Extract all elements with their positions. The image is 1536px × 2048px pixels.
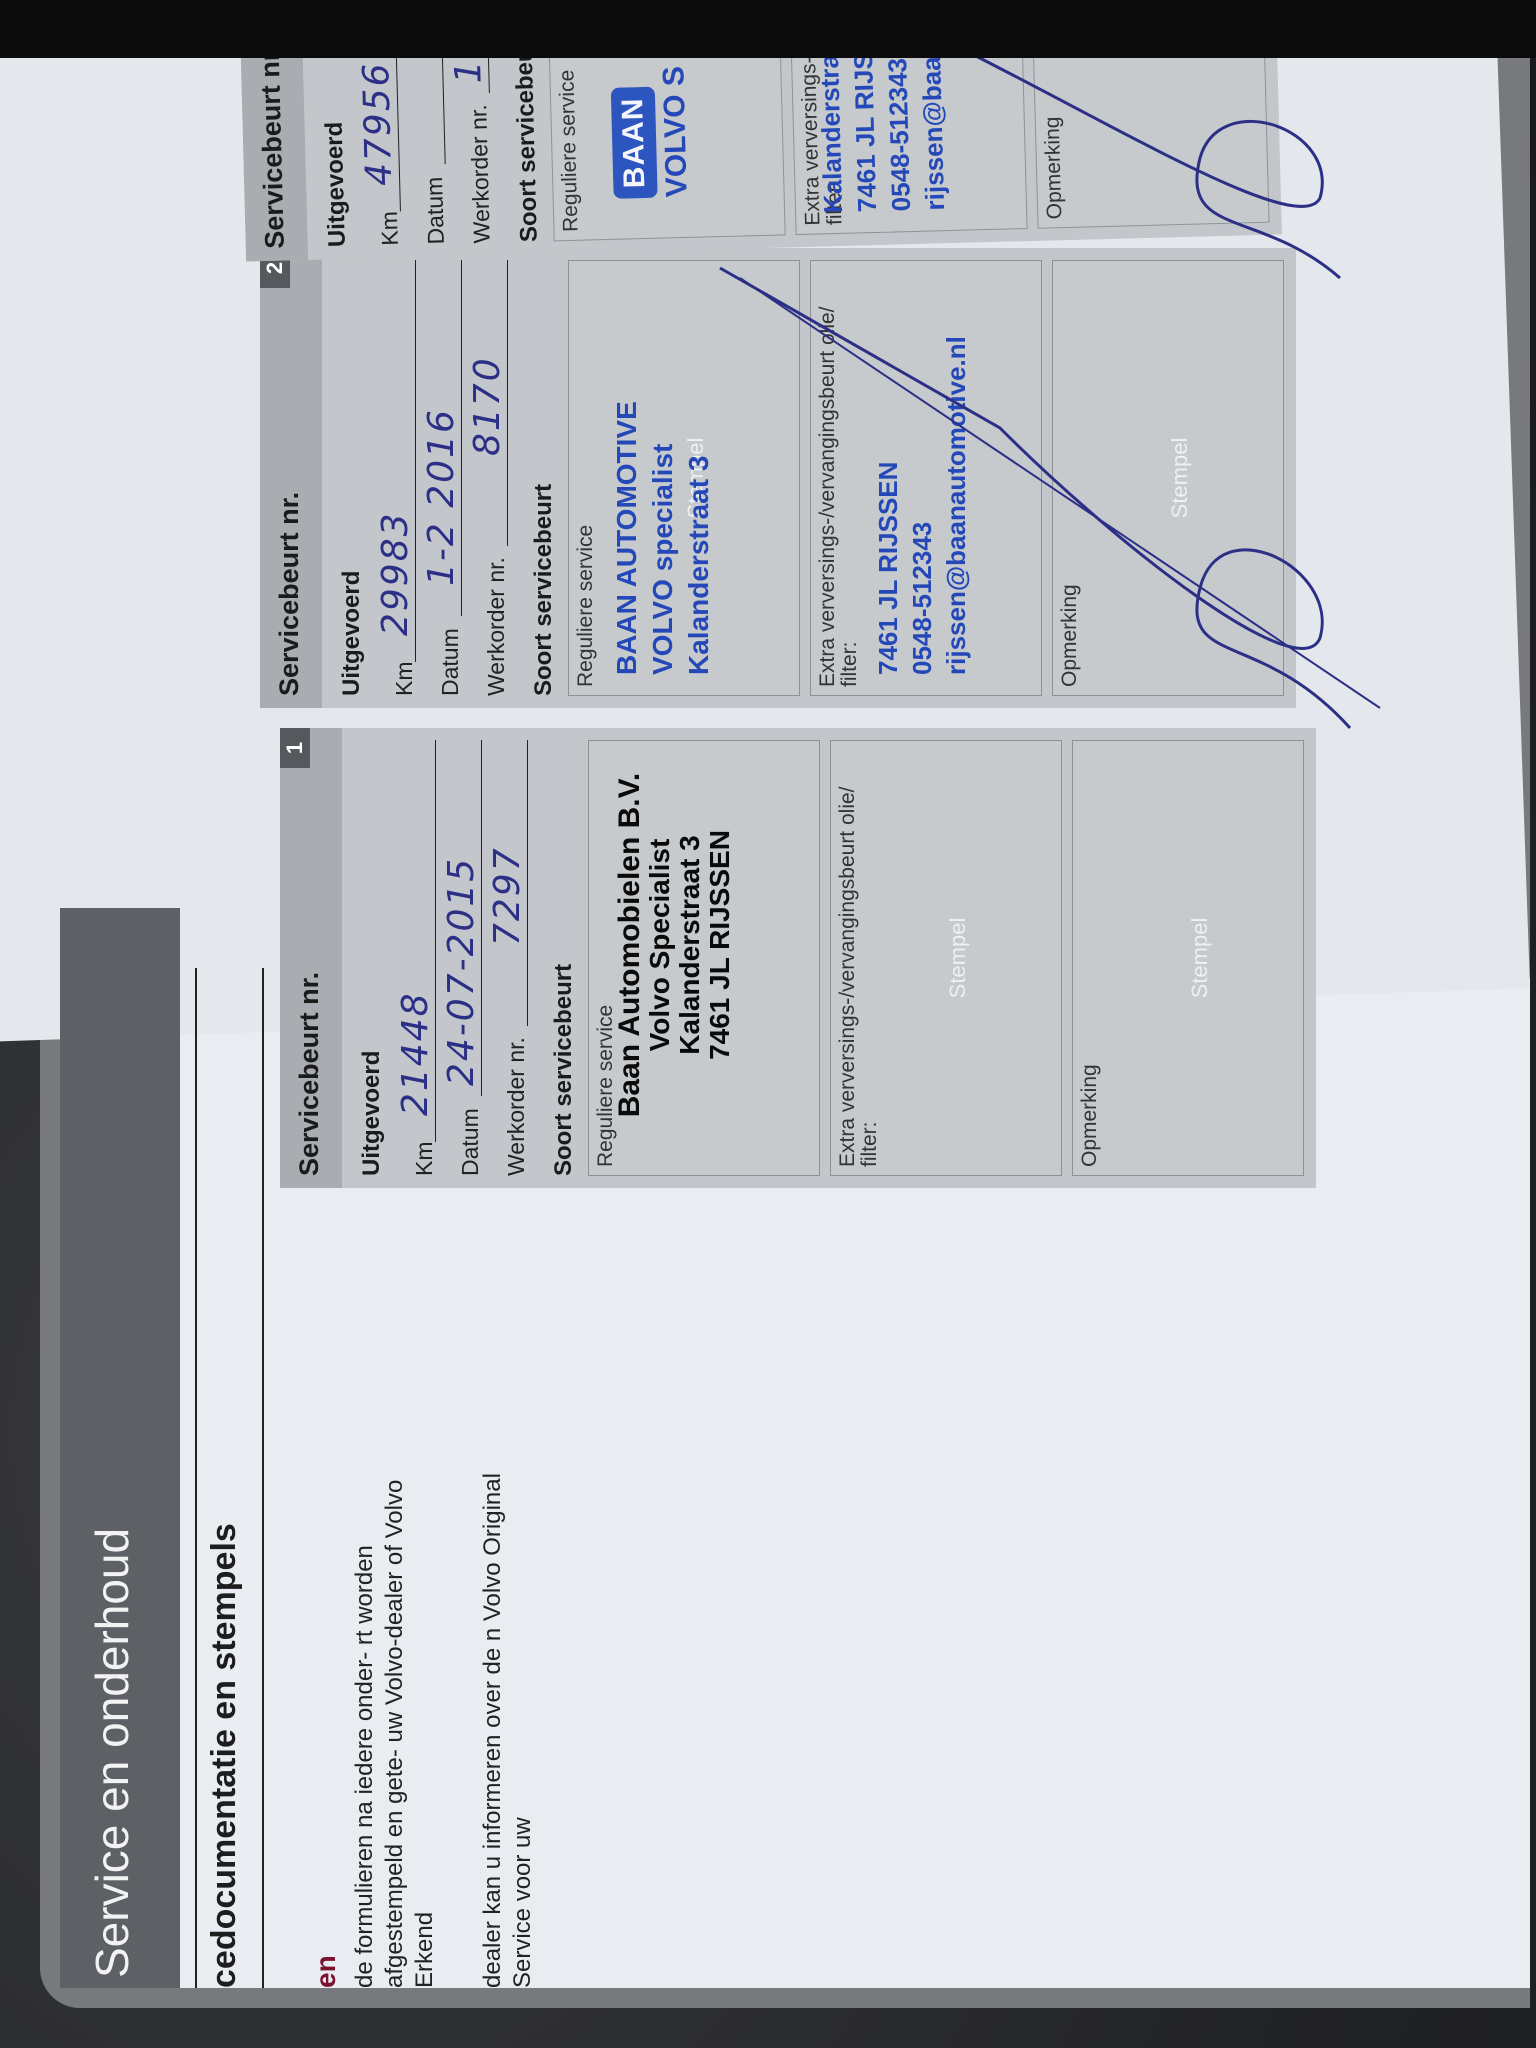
dealer-stamp-blue: BAAN VOLVO S	[610, 66, 697, 199]
stamp-line: 7461 JL RIJSSEN	[871, 336, 905, 675]
divider	[195, 968, 197, 1988]
card-header: Servicebeurt nr. 2	[260, 248, 322, 708]
background-edge	[0, 0, 1536, 58]
service-card-2: Servicebeurt nr. 2 Uitgevoerd Km 29983 D…	[260, 248, 1296, 708]
stamp-line: 7461 JL RIJSSEN	[705, 745, 735, 1145]
opmerking-label: Opmerking	[1079, 1064, 1101, 1167]
intro-paragraph: dealer kan u informeren over de n Volvo …	[478, 1468, 538, 1988]
werkorder-field: Werkorder nr. 7297	[490, 740, 536, 1176]
card-header: Servicebeurt nr. 1	[280, 728, 342, 1188]
reguliere-label: Reguliere service	[575, 525, 597, 687]
datum-value: 1-2 2016	[421, 408, 462, 586]
km-field: Km 21448	[398, 740, 444, 1176]
datum-label: Datum	[457, 1108, 484, 1176]
werkorder-label: Werkorder nr.	[465, 104, 496, 244]
reguliere-service-box: Reguliere service Stempel BAAN AUTOMOTIV…	[568, 260, 800, 696]
werkorder-label: Werkorder nr.	[503, 1037, 530, 1176]
uitgevoerd-label: Uitgevoerd	[358, 740, 386, 1176]
servicebeurt-label: Servicebeurt nr.	[274, 492, 305, 696]
booklet-photo: Service en onderhoud cedocumentatie en s…	[0, 0, 1536, 2048]
werkorder-field: Werkorder nr. 8170	[470, 260, 516, 696]
divider	[262, 968, 264, 1988]
card-body: Uitgevoerd Km 29983 Datum 1-2 2016 Werko…	[322, 248, 1296, 708]
werkorder-value: 7297	[487, 846, 528, 946]
opmerking-box: Opmerking Stempel	[1072, 740, 1304, 1176]
stamp-line: 0548-512343	[905, 336, 939, 675]
section-title: Service en onderhoud	[85, 1528, 139, 1978]
km-label: Km	[411, 1142, 438, 1177]
page-subtitle: cedocumentatie en stempels	[205, 1523, 244, 1988]
extra-service-box: Extra verversings-/vervangingsbeurt olie…	[810, 260, 1042, 696]
stamp-line: VOLVO specialist	[645, 401, 681, 675]
opmerking-label: Opmerking	[1059, 584, 1081, 687]
reguliere-service-box: Reguliere service Baan Automobielen B.V.…	[588, 740, 820, 1176]
dealer-stamp: Baan Automobielen B.V. Volvo Specialist …	[615, 745, 735, 1145]
opmerking-label: Opmerking	[1042, 116, 1067, 219]
stempel-placeholder: Stempel	[945, 918, 971, 999]
dealer-stamp-blue-cont: 7461 JL RIJSSEN 0548-512343 rijssen@baan…	[871, 336, 973, 675]
stamp-line: Baan Automobielen B.V.	[615, 745, 645, 1145]
intro-text: de formulieren na iedere onder- rt worde…	[350, 1468, 576, 1988]
datum-label: Datum	[421, 176, 450, 244]
stempel-placeholder: Stempel	[1187, 918, 1213, 999]
soort-label: Soort servicebeurt	[550, 740, 578, 1176]
datum-field: Datum 1-2 2016	[424, 260, 470, 696]
stamp-line: Volvo Specialist	[645, 745, 675, 1145]
servicebeurt-label: Servicebeurt nr.	[255, 44, 291, 249]
intro-paragraph: de formulieren na iedere onder- rt worde…	[350, 1468, 440, 1988]
extra-label: Extra verversings-/vervangingsbeurt olie…	[837, 741, 881, 1167]
stamp-line: Kalanderstraat 3	[681, 401, 717, 675]
card-body: Uitgevoerd Km 21448 Datum 24-07-2015 Wer…	[342, 728, 1316, 1188]
stamp-line: VOLVO S	[654, 66, 697, 198]
uitgevoerd-label: Uitgevoerd	[338, 260, 366, 696]
soort-label: Soort servicebeurt	[530, 260, 558, 696]
stempel-placeholder: Stempel	[1167, 438, 1193, 519]
baan-logo: BAAN	[611, 87, 658, 199]
intro-heading: en	[310, 1955, 342, 1988]
stamp-line: rijssen@baanautomotive.nl	[939, 336, 973, 675]
km-value: 21448	[395, 991, 436, 1116]
km-field: Km 29983	[378, 260, 424, 696]
datum-value: 24-07-2015	[441, 857, 482, 1086]
dealer-stamp-blue: BAAN AUTOMOTIVE VOLVO specialist Kalande…	[609, 401, 717, 675]
extra-label: Extra verversings-/vervangingsbeurt olie…	[817, 261, 861, 687]
werkorder-label: Werkorder nr.	[483, 557, 510, 696]
km-label: Km	[376, 211, 404, 246]
km-label: Km	[391, 662, 418, 697]
service-number-badge: 1	[280, 728, 310, 768]
km-value: 29983	[375, 511, 416, 636]
werkorder-value: 8170	[467, 356, 508, 456]
service-card-1: Servicebeurt nr. 1 Uitgevoerd Km 21448 D…	[280, 728, 1316, 1188]
reguliere-label: Reguliere service	[556, 69, 582, 232]
servicebeurt-label: Servicebeurt nr.	[294, 972, 325, 1176]
stamp-line: Kalanderstraat 3	[675, 745, 705, 1145]
opmerking-box: Opmerking Stempel	[1052, 260, 1284, 696]
datum-label: Datum	[437, 628, 464, 696]
stamp-line: BAAN AUTOMOTIVE	[609, 401, 645, 675]
extra-service-box: Extra verversings-/vervangingsbeurt olie…	[830, 740, 1062, 1176]
km-value: 47956	[356, 61, 400, 187]
datum-field: Datum 24-07-2015	[444, 740, 490, 1176]
